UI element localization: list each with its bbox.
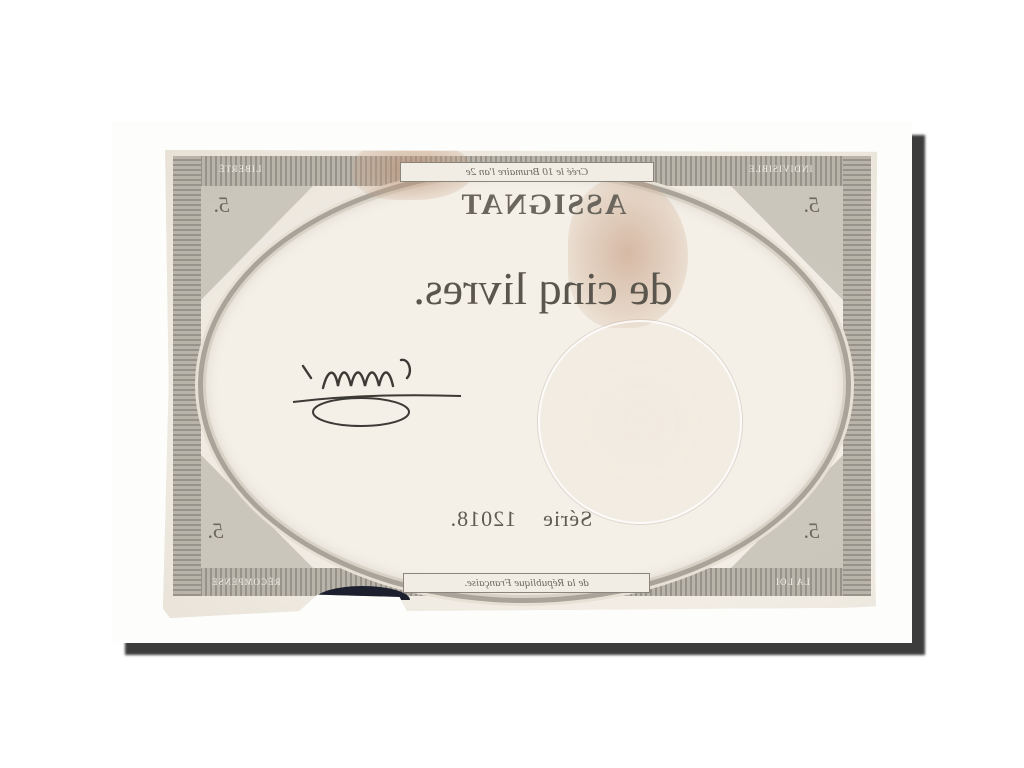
serie-label: Série [542,506,592,531]
bottom-cartouche-text: de la République Française. [464,577,589,589]
signature [283,338,463,428]
embossed-seal [538,320,742,524]
corner-label-top-left: LIBERTÉ [218,164,261,174]
corner-mark-bottom-right: 5. [803,518,820,544]
corner-mark-top-right: 5. [803,192,820,218]
corner-mark-top-left: 5. [213,192,230,218]
assignat-heading: ASSIGNAT [393,188,693,222]
corner-label-top-right: INDIVISIBLE [748,164,813,174]
corner-mark-bottom-left: 5. [207,518,224,544]
serial-number: Série 12018. [391,506,651,532]
serie-number: 12018. [450,506,517,531]
corner-label-bottom-left: RÉCOMPENSE [211,577,281,587]
top-cartouche: Créé le 10 Brumaire l'an 2e [400,162,654,182]
bottom-cartouche: de la République Française. [403,573,650,593]
denomination-text: de cinq livres. [333,262,753,315]
assignat-banknote: Créé le 10 Brumaire l'an 2e de la Républ… [163,150,880,618]
corner-label-bottom-right: LA LOI [775,577,810,587]
top-cartouche-text: Créé le 10 Brumaire l'an 2e [466,166,589,178]
